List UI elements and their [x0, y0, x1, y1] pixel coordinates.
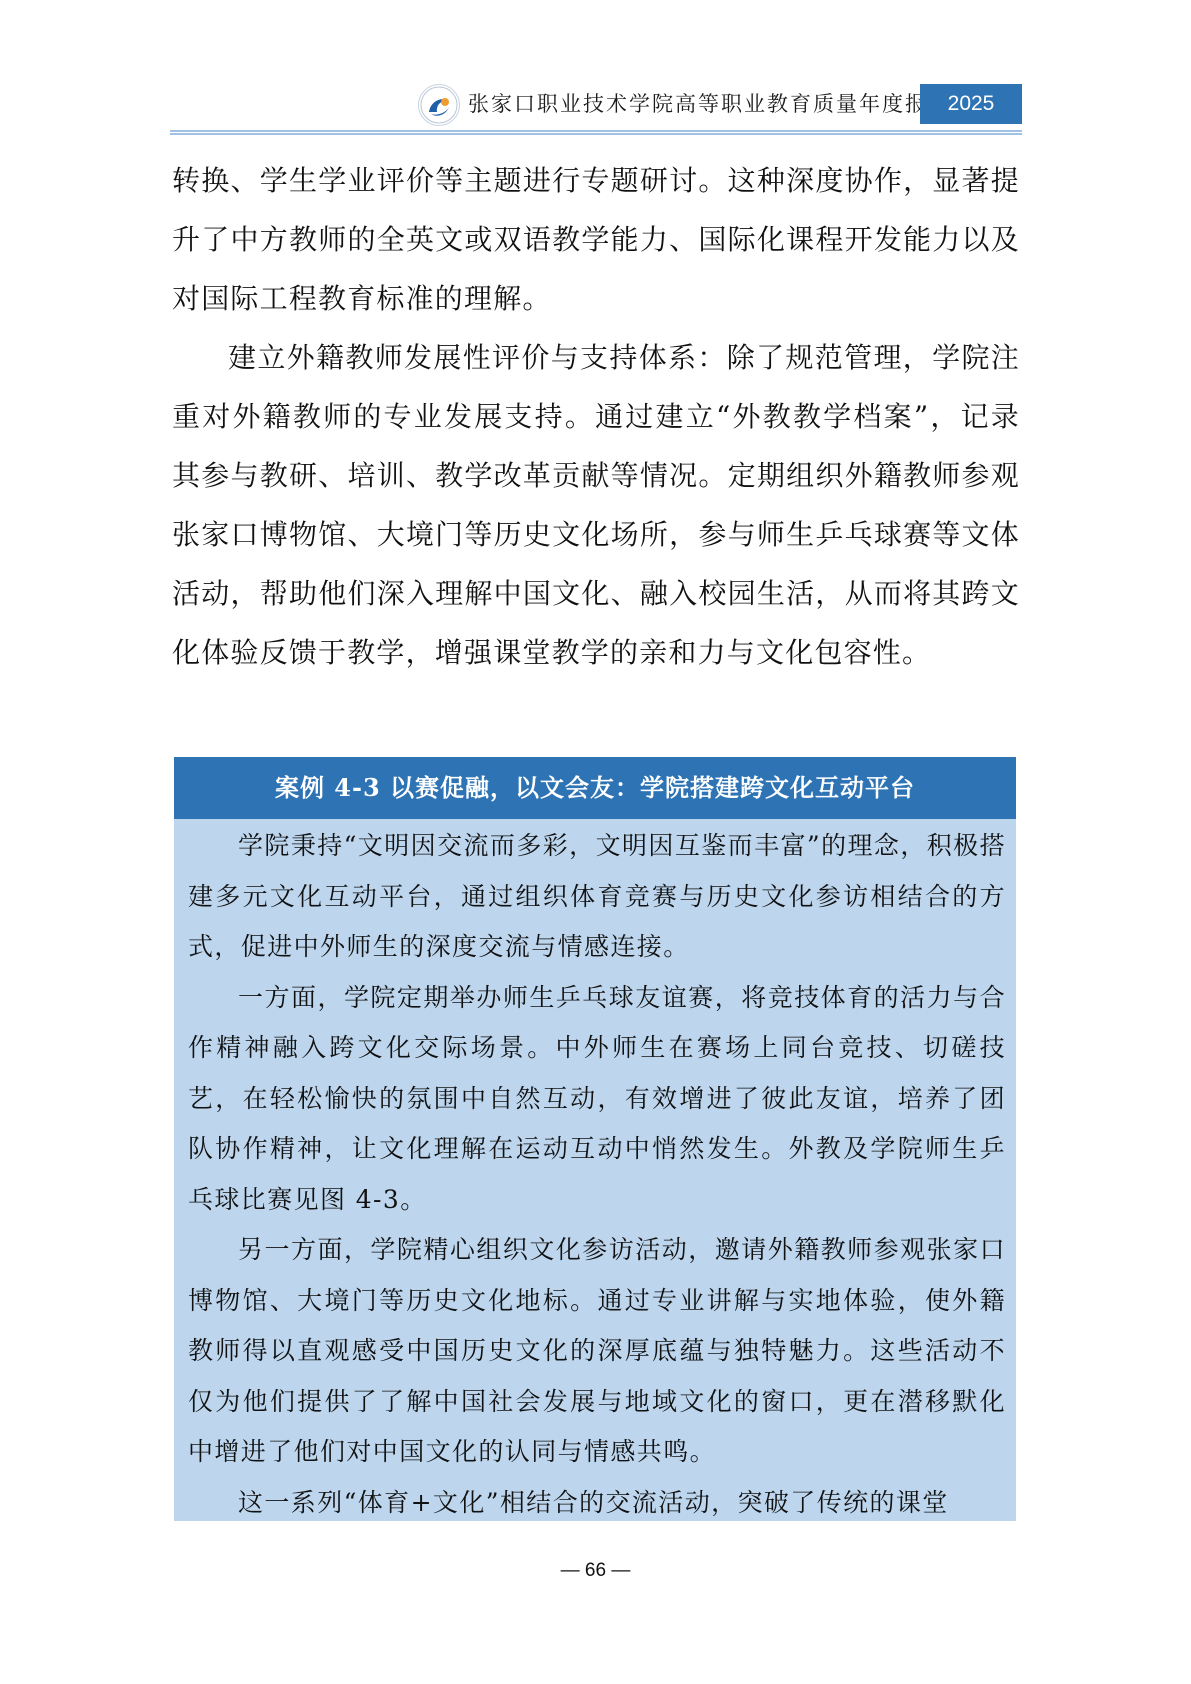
report-title: 张家口职业技术学院高等职业教育质量年度报告 [468, 88, 951, 120]
paragraph: 建立外籍教师发展性评价与支持体系：除了规范管理，学院注重对外籍教师的专业发展支持… [172, 328, 1020, 682]
case-paragraph: 一方面，学院定期举办师生乒乓球友谊赛，将竞技体育的活力与合作精神融入跨文化交际场… [188, 973, 1006, 1226]
case-box: 案例 4-3 以赛促融，以文会友：学院搭建跨文化互动平台 学院秉持“文明因交流而… [174, 757, 1016, 1521]
case-paragraph: 另一方面，学院精心组织文化参访活动，邀请外籍教师参观张家口博物馆、大境门等历史文… [188, 1225, 1006, 1478]
case-paragraph: 学院秉持“文明因交流而多彩，文明因互鉴而丰富”的理念，积极搭建多元文化互动平台，… [188, 821, 1006, 973]
page-number: — 66 — [0, 1560, 1191, 1582]
main-text: 转换、学生学业评价等主题进行专题研讨。这种深度协作，显著提升了中方教师的全英文或… [172, 151, 1020, 682]
case-title: 案例 4-3 以赛促融，以文会友：学院搭建跨文化互动平台 [174, 757, 1016, 819]
paragraph: 转换、学生学业评价等主题进行专题研讨。这种深度协作，显著提升了中方教师的全英文或… [172, 151, 1020, 328]
case-paragraph: 这一系列“体育+文化”相结合的交流活动，突破了传统的课堂 [188, 1478, 1006, 1529]
page-header: 张家口职业技术学院高等职业教育质量年度报告 2025 [0, 0, 1191, 140]
case-body: 学院秉持“文明因交流而多彩，文明因互鉴而丰富”的理念，积极搭建多元文化互动平台，… [174, 819, 1016, 1521]
year-badge: 2025 [920, 84, 1022, 124]
college-logo-icon [418, 84, 460, 126]
header-divider [170, 130, 1022, 135]
